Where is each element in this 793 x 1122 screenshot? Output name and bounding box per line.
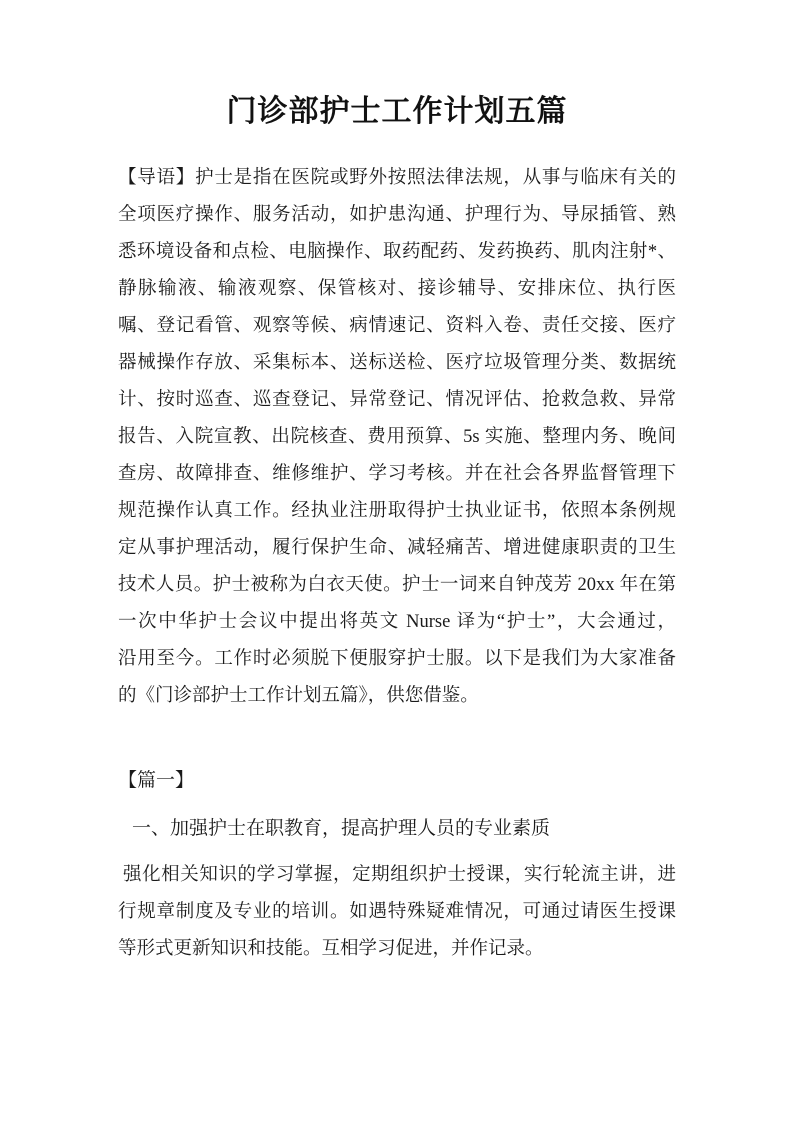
text-line: 悉环境设备和点检、电脑操作、取药配药、发药换药、肌肉注射*、: [118, 234, 676, 271]
text-line: 技术人员。护士被称为白衣天使。护士一词来自钟茂芳 20xx 年在第: [118, 567, 676, 604]
text-line: 的《门诊部护士工作计划五篇》，供您借鉴。: [118, 678, 676, 715]
section-one-heading: 一、加强护士在职教育，提高护理人员的专业素质: [118, 810, 676, 847]
section-one-paragraph: 强化相关知识的学习掌握，定期组织护士授课，实行轮流主讲，进行规章制度及专业的培训…: [118, 857, 676, 968]
text-line: 报告、入院宣教、出院核查、费用预算、5s 实施、整理内务、晚间: [118, 419, 676, 456]
text-line: 强化相关知识的学习掌握，定期组织护士授课，实行轮流主讲，进: [118, 857, 676, 894]
text-line: 行规章制度及专业的培训。如遇特殊疑难情况，可通过请医生授课: [118, 894, 676, 931]
document-title: 门诊部护士工作计划五篇: [118, 0, 676, 132]
text-line: 查房、故障排查、维修维护、学习考核。并在社会各界监督管理下: [118, 456, 676, 493]
document-page: 门诊部护士工作计划五篇 【导语】护士是指在医院或野外按照法律法规，从事与临床有关…: [0, 0, 793, 1122]
section-one-label: 【篇一】: [118, 762, 676, 799]
text-line: 全项医疗操作、服务活动，如护患沟通、护理行为、导尿插管、熟: [118, 197, 676, 234]
text-line: 计、按时巡查、巡查登记、异常登记、情况评估、抢救急救、异常: [118, 382, 676, 419]
text-line: 【导语】护士是指在医院或野外按照法律法规，从事与临床有关的: [118, 160, 676, 197]
text-line: 规范操作认真工作。经执业注册取得护士执业证书，依照本条例规: [118, 493, 676, 530]
text-line: 静脉输液、输液观察、保管核对、接诊辅导、安排床位、执行医: [118, 271, 676, 308]
text-line: 等形式更新知识和技能。互相学习促进，并作记录。: [118, 931, 676, 968]
text-line: 器械操作存放、采集标本、送标送检、医疗垃圾管理分类、数据统: [118, 345, 676, 382]
text-line: 一次中华护士会议中提出将英文 Nurse 译为“护士”，大会通过，: [118, 604, 676, 641]
intro-paragraph: 【导语】护士是指在医院或野外按照法律法规，从事与临床有关的全项医疗操作、服务活动…: [118, 160, 676, 715]
text-line: 沿用至今。工作时必须脱下便服穿护士服。以下是我们为大家准备: [118, 641, 676, 678]
text-line: 定从事护理活动，履行保护生命、减轻痛苦、增进健康职责的卫生: [118, 530, 676, 567]
page-content: 门诊部护士工作计划五篇 【导语】护士是指在医院或野外按照法律法规，从事与临床有关…: [0, 0, 793, 968]
text-line: 嘱、登记看管、观察等候、病情速记、资料入卷、责任交接、医疗: [118, 308, 676, 345]
